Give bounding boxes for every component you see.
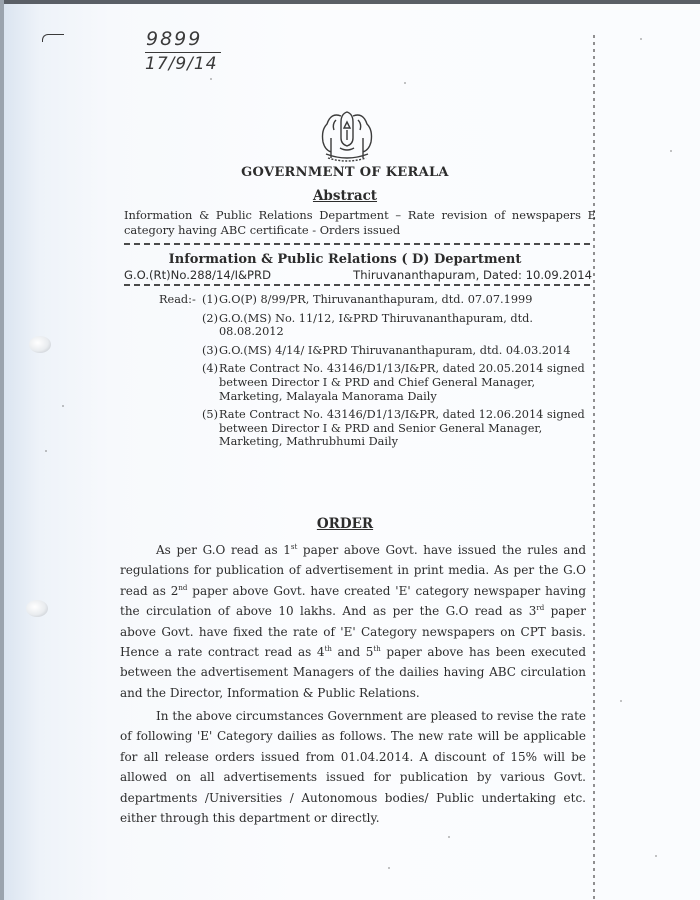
department-heading: Information & Public Relations ( D) Depa… <box>100 252 590 267</box>
handwritten-mark <box>42 34 64 42</box>
reference-item: (1)G.O(P) 8/99/PR, Thiruvananthapuram, d… <box>202 293 599 307</box>
order-paragraph-2: In the above circumstances Government ar… <box>120 706 586 828</box>
subject-line: Information & Public Relations Departmen… <box>124 208 596 238</box>
punch-hole <box>26 600 48 617</box>
reference-item: (3)G.O.(MS) 4/14/ I&PRD Thiruvananthapur… <box>202 344 599 358</box>
handwritten-number: 9899 <box>146 28 202 50</box>
read-label: Read:- <box>159 293 196 307</box>
order-heading: ORDER <box>100 516 590 532</box>
kerala-emblem-icon <box>318 108 376 163</box>
reference-item: (4)Rate Contract No. 43146/D1/13/I&PR, d… <box>202 362 599 403</box>
go-number: G.O.(Rt)No.288/14/I&PRD <box>124 268 271 282</box>
dashed-divider <box>124 243 590 245</box>
scan-top-edge <box>0 0 700 4</box>
references-list: (1)G.O(P) 8/99/PR, Thiruvananthapuram, d… <box>202 293 599 449</box>
references-section: Read:- (1)G.O(P) 8/99/PR, Thiruvananthap… <box>159 293 599 454</box>
reference-item: (2)G.O.(MS) No. 11/12, I&PRD Thiruvanant… <box>202 312 599 339</box>
punch-hole <box>29 336 51 353</box>
place-and-date: Thiruvananthapuram, Dated: 10.09.2014 <box>353 268 592 282</box>
go-reference-line: G.O.(Rt)No.288/14/I&PRD Thiruvananthapur… <box>124 268 592 282</box>
scan-left-edge <box>0 0 4 900</box>
page-fold-line <box>593 35 595 900</box>
reference-item: (5)Rate Contract No. 43146/D1/13/I&PR, d… <box>202 408 599 449</box>
order-paragraph-1: As per G.O read as 1st paper above Govt.… <box>120 540 586 703</box>
handwritten-date: 17/9/14 <box>145 52 221 74</box>
abstract-heading: Abstract <box>100 188 590 204</box>
dashed-divider <box>124 284 590 286</box>
government-title: GOVERNMENT OF KERALA <box>100 165 590 180</box>
